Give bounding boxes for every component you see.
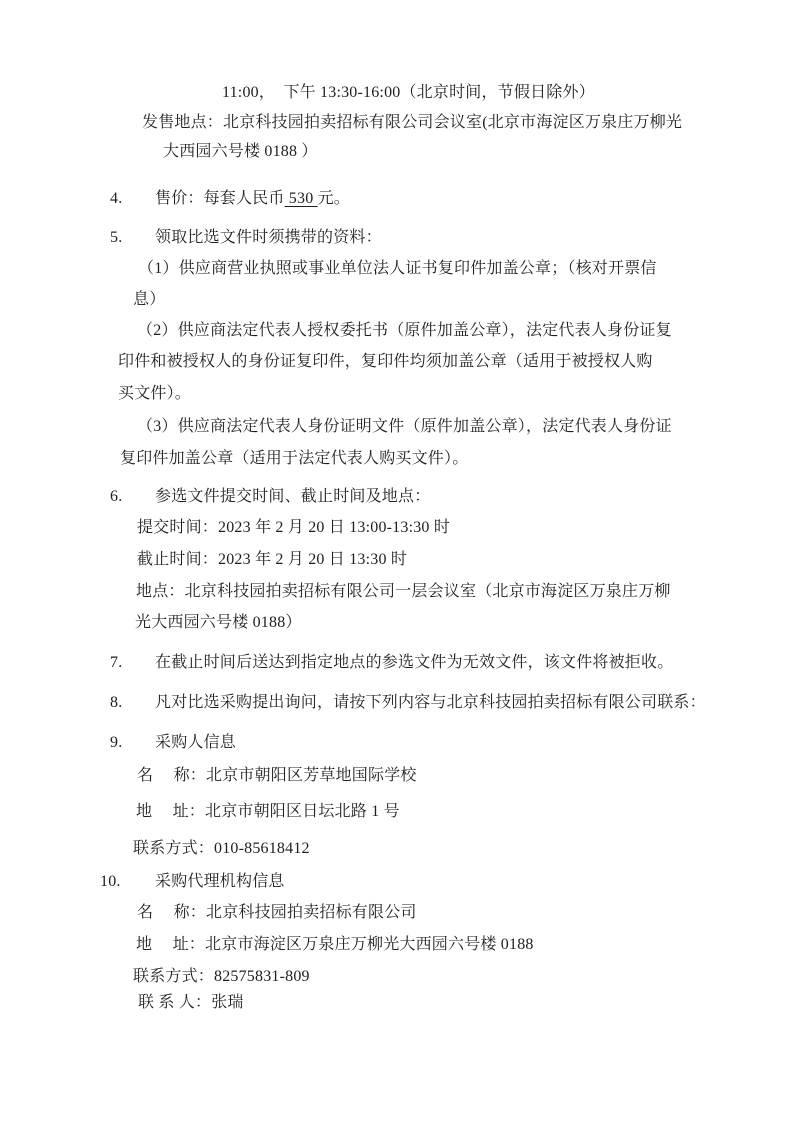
text-segment: 地 址：北京市海淀区万泉庄万柳光大西园六号楼 0188 <box>136 936 534 953</box>
text-segment: （1）供应商营业执照或事业单位法人证书复印件加盖公章；（核对开票信 <box>138 260 657 277</box>
doc-line-26: 地 址：北京市海淀区万泉庄万柳光大西园六号楼 0188 <box>136 935 534 955</box>
text-segment: 地点：北京科技园拍卖招标有限公司一层会议室（北京市海淀区万泉庄万柳 <box>136 583 671 600</box>
text-segment: 联系方式：010-85618412 <box>133 840 310 857</box>
text-segment: 大西园六号楼 0188 ） <box>163 143 318 160</box>
doc-line-15: 截止时间：2023 年 2 月 20 日 13:30 时 <box>137 550 407 570</box>
document-page: 11:00， 下午 13:30-16:00（北京时间，节假日除外）发售地点：北京… <box>0 0 794 1123</box>
doc-line-19: 8.凡对比选采购提出询问，请按下列内容与北京科技园拍卖招标有限公司联系： <box>155 693 706 713</box>
item-number: 6. <box>110 487 122 507</box>
text-segment: 凡对比选采购提出询问，请按下列内容与北京科技园拍卖招标有限公司联系： <box>155 694 706 711</box>
doc-line-7: 息） <box>133 290 165 310</box>
doc-line-18: 7.在截止时间后送达到指定地点的参选文件为无效文件，该文件将被拒收。 <box>155 653 673 673</box>
item-number: 7. <box>110 653 122 673</box>
doc-line-22: 地 址：北京市朝阳区日坛北路 1 号 <box>136 802 400 822</box>
text-segment: 联 系 人：张瑞 <box>138 994 244 1011</box>
doc-line-14: 提交时间：2023 年 2 月 20 日 13:00-13:30 时 <box>137 518 450 538</box>
text-segment: 参选文件提交时间、截止时间及地点： <box>155 488 430 505</box>
doc-line-11: （3）供应商法定代表人身份证明文件（原件加盖公章），法定代表人身份证 <box>137 417 672 437</box>
text-segment: 复印件加盖公章（适用于法定代表人购买文件）。 <box>120 450 468 467</box>
doc-line-3: 大西园六号楼 0188 ） <box>163 142 318 162</box>
doc-line-1: 11:00， 下午 13:30-16:00（北京时间，节假日除外） <box>222 83 595 103</box>
doc-line-13: 6.参选文件提交时间、截止时间及地点： <box>155 487 430 507</box>
doc-line-10: 买文件）。 <box>118 384 191 404</box>
doc-line-2: 发售地点：北京科技园拍卖招标有限公司会议室(北京市海淀区万泉庄万柳光 <box>142 113 682 133</box>
doc-line-9: 印件和被授权人的身份证复印件，复印件均须加盖公章（适用于被授权人购 <box>118 352 653 372</box>
item-number: 8. <box>110 693 122 713</box>
text-segment: 元。 <box>318 190 350 207</box>
doc-line-25: 名 称：北京科技园拍卖招标有限公司 <box>137 903 417 923</box>
doc-line-8: （2）供应商法定代表人授权委托书（原件加盖公章），法定代表人身份证复 <box>137 321 672 341</box>
text-segment: 名 称：北京市朝阳区芳草地国际学校 <box>137 767 417 784</box>
text-segment: 名 称：北京科技园拍卖招标有限公司 <box>137 904 417 921</box>
text-segment: 息） <box>133 291 165 308</box>
doc-line-6: （1）供应商营业执照或事业单位法人证书复印件加盖公章；（核对开票信 <box>138 259 657 279</box>
doc-line-27: 联系方式：82575831-809 <box>133 967 310 987</box>
text-segment: 售价：每套人民币 <box>155 190 285 207</box>
doc-line-21: 名 称：北京市朝阳区芳草地国际学校 <box>137 766 417 786</box>
doc-line-16: 地点：北京科技园拍卖招标有限公司一层会议室（北京市海淀区万泉庄万柳 <box>136 582 671 602</box>
doc-line-5: 5.领取比选文件时须携带的资料： <box>155 228 382 248</box>
text-segment: 发售地点：北京科技园拍卖招标有限公司会议室(北京市海淀区万泉庄万柳光 <box>142 114 682 131</box>
doc-line-17: 光大西园六号楼 0188） <box>135 613 302 633</box>
text-segment: 在截止时间后送达到指定地点的参选文件为无效文件，该文件将被拒收。 <box>155 654 673 671</box>
doc-line-28: 联 系 人：张瑞 <box>138 993 244 1013</box>
text-segment: 买文件）。 <box>118 385 191 402</box>
doc-line-23: 联系方式：010-85618412 <box>133 839 310 859</box>
text-segment: 地 址：北京市朝阳区日坛北路 1 号 <box>136 803 400 820</box>
text-segment: （3）供应商法定代表人身份证明文件（原件加盖公章），法定代表人身份证 <box>137 418 672 435</box>
text-segment: 提交时间：2023 年 2 月 20 日 13:00-13:30 时 <box>137 519 450 536</box>
item-number: 4. <box>110 189 122 209</box>
text-segment: 领取比选文件时须携带的资料： <box>155 229 382 246</box>
text-segment: 联系方式：82575831-809 <box>133 968 310 985</box>
text-segment: 光大西园六号楼 0188） <box>135 614 302 631</box>
text-segment: 截止时间：2023 年 2 月 20 日 13:30 时 <box>137 551 407 568</box>
doc-line-20: 9.采购人信息 <box>155 733 236 753</box>
text-segment: 11:00， 下午 13:30-16:00（北京时间，节假日除外） <box>222 84 595 101</box>
item-number: 9. <box>110 733 122 753</box>
text-segment: 采购人信息 <box>155 734 236 751</box>
text-segment: 印件和被授权人的身份证复印件，复印件均须加盖公章（适用于被授权人购 <box>118 353 653 370</box>
doc-line-24: 10.采购代理机构信息 <box>155 872 285 892</box>
text-segment: 采购代理机构信息 <box>155 873 285 890</box>
doc-line-12: 复印件加盖公章（适用于法定代表人购买文件）。 <box>120 449 468 469</box>
underlined-value: 530 <box>285 190 318 207</box>
doc-line-4: 4.售价：每套人民币 530 元。 <box>155 189 350 209</box>
item-number: 5. <box>110 228 122 248</box>
item-number: 10. <box>100 872 121 892</box>
text-segment: （2）供应商法定代表人授权委托书（原件加盖公章），法定代表人身份证复 <box>137 322 672 339</box>
